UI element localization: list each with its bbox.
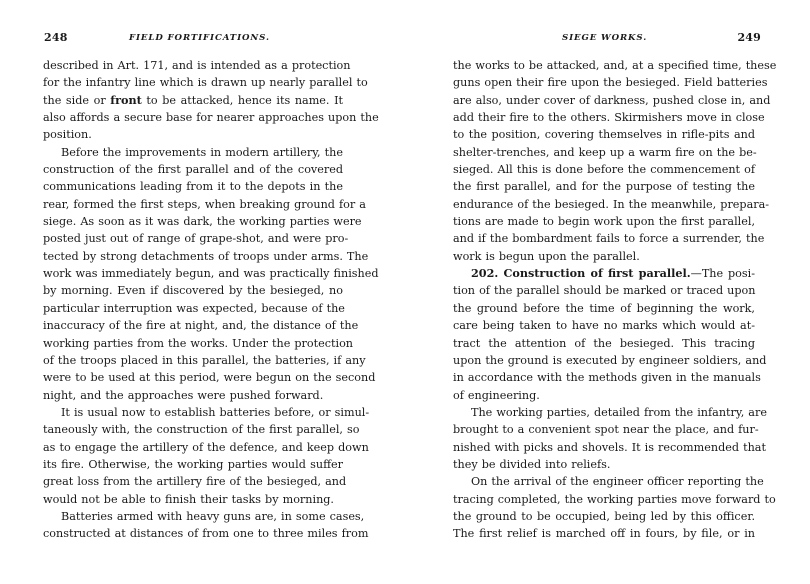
text-segment: position.: [43, 128, 92, 141]
text-line: work is begun upon the parallel.: [453, 248, 755, 265]
text-line: sieged. All this is done before the comm…: [453, 161, 755, 178]
text-segment: shelter-trenches, and keep up a warm fir…: [453, 146, 757, 159]
text-segment: tion of the parallel should be marked or…: [453, 284, 755, 297]
text-line: shelter-trenches, and keep up a warm fir…: [453, 144, 755, 161]
text-line: tected by strong detachments of troops u…: [43, 248, 343, 265]
text-line: by morning. Even if discovered by the be…: [43, 282, 343, 299]
text-line: constructed at distances of from one to …: [43, 525, 343, 542]
text-segment: were to be used at this period, were beg…: [43, 371, 375, 384]
text-line: Before the improvements in modern artill…: [43, 144, 343, 161]
text-segment: by morning. Even if discovered by the be…: [43, 284, 343, 297]
text-line: were to be used at this period, were beg…: [43, 369, 343, 386]
text-line: 202. Construction of first parallel.—The…: [453, 265, 755, 282]
text-segment: for the infantry line which is drawn up …: [43, 76, 368, 89]
text-line: for the infantry line which is drawn up …: [43, 74, 343, 91]
text-segment: the first parallel, and for the purpose …: [453, 180, 755, 193]
text-line: taneously with, the construction of the …: [43, 421, 343, 438]
text-line: the ground to be occupied, being led by …: [453, 508, 755, 525]
text-line: rear, formed the first steps, when break…: [43, 196, 343, 213]
text-segment: tract the attention of the besieged. Thi…: [453, 337, 755, 350]
text-line: posted just out of range of grape-shot, …: [43, 230, 343, 247]
text-segment: brought to a convenient spot near the pl…: [453, 423, 759, 436]
text-line: Batteries armed with heavy guns are, in …: [43, 508, 343, 525]
text-segment: tions are made to begin work upon the fi…: [453, 215, 755, 228]
running-head-right: SIEGE WORKS. 249: [458, 31, 758, 45]
text-line: guns open their fire upon the besieged. …: [453, 74, 755, 91]
text-line: are also, under cover of darkness, pushe…: [453, 92, 755, 109]
text-line: siege. As soon as it was dark, the worki…: [43, 213, 343, 230]
text-segment: care being taken to have no marks which …: [453, 319, 755, 332]
text-segment: communications leading from it to the de…: [43, 180, 343, 193]
text-line: as to engage the artillery of the defenc…: [43, 439, 343, 456]
text-segment: the side or: [43, 94, 110, 107]
text-segment: night, and the approaches were pushed fo…: [43, 389, 323, 402]
text-segment: to be attacked, hence its name. It: [142, 94, 343, 107]
text-line: The first relief is marched off in fours…: [453, 525, 755, 542]
text-segment: add their fire to the others. Skirmisher…: [453, 111, 765, 124]
text-line: add their fire to the others. Skirmisher…: [453, 109, 755, 126]
text-segment: they be divided into reliefs.: [453, 458, 610, 471]
text-segment: tracing completed, the working parties m…: [453, 493, 776, 506]
page-number: 248: [44, 31, 68, 45]
page-body-text: described in Art. 171, and is intended a…: [43, 57, 343, 543]
running-head-left: 248 FIELD FORTIFICATIONS.: [44, 31, 344, 45]
text-line: construction of the first parallel and o…: [43, 161, 343, 178]
text-line: of engineering.: [453, 387, 755, 404]
text-line: night, and the approaches were pushed fo…: [43, 387, 343, 404]
text-segment: Batteries armed with heavy guns are, in …: [61, 510, 364, 523]
text-line: working parties from the works. Under th…: [43, 335, 343, 352]
text-line: upon the ground is executed by engineer …: [453, 352, 755, 369]
text-line: It is usual now to establish batteries b…: [43, 404, 343, 421]
text-segment: the ground before the time of beginning …: [453, 302, 755, 315]
right-page: SIEGE WORKS. 249 the works to be attacke…: [405, 0, 810, 584]
text-segment: described in Art. 171, and is intended a…: [43, 59, 350, 72]
text-segment: tected by strong detachments of troops u…: [43, 250, 368, 263]
text-segment: posted just out of range of grape-shot, …: [43, 232, 348, 245]
text-segment: the works to be attacked, and, at a spec…: [453, 59, 776, 72]
text-line: endurance of the besieged. In the meanwh…: [453, 196, 755, 213]
text-line: position.: [43, 126, 343, 143]
text-segment: The first relief is marched off in fours…: [453, 527, 755, 540]
text-segment: of engineering.: [453, 389, 540, 402]
left-page: 248 FIELD FORTIFICATIONS. described in A…: [0, 0, 405, 584]
text-segment: upon the ground is executed by engineer …: [453, 354, 766, 367]
text-line: they be divided into reliefs.: [453, 456, 755, 473]
text-segment: sieged. All this is done before the comm…: [453, 163, 755, 176]
running-head-title: SIEGE WORKS.: [562, 31, 647, 45]
text-segment: rear, formed the first steps, when break…: [43, 198, 366, 211]
text-line: great loss from the artillery fire of th…: [43, 473, 343, 490]
running-head-title: FIELD FORTIFICATIONS.: [129, 31, 270, 45]
text-line: the works to be attacked, and, at a spec…: [453, 57, 755, 74]
text-segment: working parties from the works. Under th…: [43, 337, 353, 350]
text-line: particular interruption was expected, be…: [43, 300, 343, 317]
text-line: The working parties, detailed from the i…: [453, 404, 755, 421]
text-segment: are also, under cover of darkness, pushe…: [453, 94, 770, 107]
text-segment: the ground to be occupied, being led by …: [453, 510, 755, 523]
text-segment: its fire. Otherwise, the working parties…: [43, 458, 343, 471]
text-segment: endurance of the besieged. In the meanwh…: [453, 198, 769, 211]
text-line: described in Art. 171, and is intended a…: [43, 57, 343, 74]
text-segment: It is usual now to establish batteries b…: [61, 406, 369, 419]
page-number: 249: [737, 31, 761, 45]
text-segment: particular interruption was expected, be…: [43, 302, 345, 315]
text-line: care being taken to have no marks which …: [453, 317, 755, 334]
text-line: in accordance with the methods given in …: [453, 369, 755, 386]
text-line: its fire. Otherwise, the working parties…: [43, 456, 343, 473]
book-spread: 248 FIELD FORTIFICATIONS. described in A…: [0, 0, 810, 584]
text-segment: of the troops placed in this parallel, t…: [43, 354, 366, 367]
text-segment: construction of the first parallel and o…: [43, 163, 343, 176]
text-segment: to the position, covering themselves in …: [453, 128, 755, 141]
text-line: would not be able to finish their tasks …: [43, 491, 343, 508]
text-segment: —The posi-: [691, 267, 755, 280]
text-line: tract the attention of the besieged. Thi…: [453, 335, 755, 352]
text-segment: guns open their fire upon the besieged. …: [453, 76, 767, 89]
text-line: the first parallel, and for the purpose …: [453, 178, 755, 195]
text-segment: nished with picks and shovels. It is rec…: [453, 441, 766, 454]
text-line: communications leading from it to the de…: [43, 178, 343, 195]
bold-text-segment: 202. Construction of first parallel.: [471, 266, 691, 280]
text-line: work was immediately begun, and was prac…: [43, 265, 343, 282]
text-line: of the troops placed in this parallel, t…: [43, 352, 343, 369]
text-segment: constructed at distances of from one to …: [43, 527, 368, 540]
text-line: the ground before the time of beginning …: [453, 300, 755, 317]
text-segment: taneously with, the construction of the …: [43, 423, 360, 436]
text-segment: siege. As soon as it was dark, the worki…: [43, 215, 362, 228]
text-segment: and if the bombardment fails to force a …: [453, 232, 764, 245]
text-line: also affords a secure base for nearer ap…: [43, 109, 343, 126]
text-segment: work was immediately begun, and was prac…: [43, 267, 379, 280]
text-segment: The working parties, detailed from the i…: [471, 406, 767, 419]
text-line: nished with picks and shovels. It is rec…: [453, 439, 755, 456]
text-segment: also affords a secure base for nearer ap…: [43, 111, 379, 124]
text-segment: as to engage the artillery of the defenc…: [43, 441, 369, 454]
text-line: tion of the parallel should be marked or…: [453, 282, 755, 299]
text-segment: work is begun upon the parallel.: [453, 250, 640, 263]
text-line: to the position, covering themselves in …: [453, 126, 755, 143]
text-segment: great loss from the artillery fire of th…: [43, 475, 346, 488]
text-segment: in accordance with the methods given in …: [453, 371, 761, 384]
text-line: tions are made to begin work upon the fi…: [453, 213, 755, 230]
text-segment: would not be able to finish their tasks …: [43, 493, 334, 506]
text-line: On the arrival of the engineer officer r…: [453, 473, 755, 490]
text-segment: inaccuracy of the fire at night, and, th…: [43, 319, 358, 332]
text-line: and if the bombardment fails to force a …: [453, 230, 755, 247]
text-line: brought to a convenient spot near the pl…: [453, 421, 755, 438]
bold-text-segment: front: [110, 93, 141, 107]
text-line: inaccuracy of the fire at night, and, th…: [43, 317, 343, 334]
text-segment: Before the improvements in modern artill…: [61, 146, 343, 159]
text-line: tracing completed, the working parties m…: [453, 491, 755, 508]
page-body-text: the works to be attacked, and, at a spec…: [453, 57, 755, 543]
text-segment: On the arrival of the engineer officer r…: [471, 475, 764, 488]
text-line: the side or front to be attacked, hence …: [43, 92, 343, 109]
